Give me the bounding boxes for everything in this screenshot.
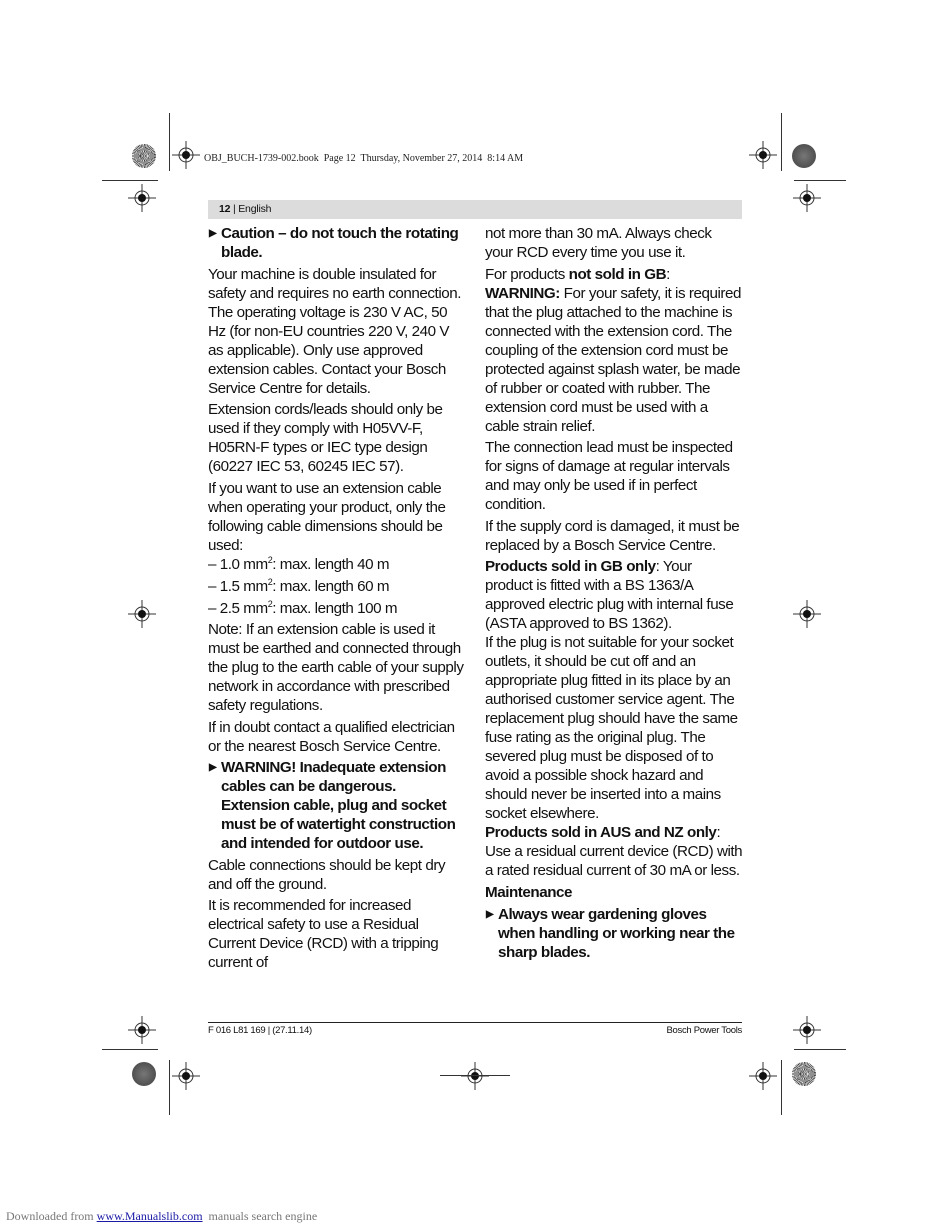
cable-list-item: – 2.5 mm2: max. length 100 m [208,599,466,618]
warning-gardening-gloves: ▶Always wear gardening gloves when handl… [485,905,743,962]
heading-maintenance: Maintenance [485,883,743,902]
paragraph-warning-plug: WARNING: For your safety, it is required… [485,284,743,436]
footer-divider [208,1022,742,1023]
text-column-right: not more than 30 mA. Always check your R… [485,224,743,964]
paragraph-extension-cords: Extension cords/leads should only be use… [208,400,466,476]
paragraph-earthing-note: Note: If an extension cable is used it m… [208,620,466,715]
registration-target-icon [172,1062,200,1090]
registration-disc-icon [132,1062,156,1086]
paragraph-not-sold-in-gb: For products not sold in GB: [485,265,743,284]
warning-rotating-blade: ▶Caution – do not touch the rotating bla… [208,224,466,262]
registration-disc-icon [792,144,816,168]
cable-list-item: – 1.0 mm2: max. length 40 m [208,555,466,574]
paragraph-if-in-doubt: If in doubt contact a qualified electric… [208,718,466,756]
registration-target-icon [461,1062,489,1090]
bullet-triangle-icon: ▶ [209,224,216,243]
registration-target-icon [128,184,156,212]
bullet-triangle-icon: ▶ [209,758,216,777]
paragraph-cable-dimensions: If you want to use an extension cable wh… [208,479,466,555]
footer-brand: Bosch Power Tools [666,1025,742,1036]
warning-extension-cables: ▶WARNING! Inadequate extension cables ca… [208,758,466,853]
print-slug-line: OBJ_BUCH-1739-002.book Page 12 Thursday,… [204,153,523,164]
cable-list-item: – 1.5 mm2: max. length 60 m [208,577,466,596]
paragraph-cable-connections: Cable connections should be kept dry and… [208,856,466,894]
registration-target-icon [749,1062,777,1090]
bullet-triangle-icon: ▶ [486,905,493,924]
registration-target-icon [128,600,156,628]
paragraph-supply-cord-damaged: If the supply cord is damaged, it must b… [485,517,743,555]
paragraph-sold-in-gb: Products sold in GB only: Your product i… [485,557,743,633]
crop-line [102,180,158,181]
download-note: Downloaded from www.Manualslib.com manua… [6,1209,317,1224]
page-number: 12 [219,203,230,215]
crop-line [794,1049,846,1050]
registration-target-icon [793,600,821,628]
crop-line [794,180,846,181]
text-column-left: ▶Caution – do not touch the rotating bla… [208,224,466,975]
paragraph-plug-replacement: If the plug is not suitable for your soc… [485,633,743,823]
registration-target-icon [793,184,821,212]
footer-document-number: F 016 L81 169 | (27.11.14) [208,1025,312,1036]
registration-target-icon [172,141,200,169]
registration-disc-icon [132,144,156,168]
registration-target-icon [128,1016,156,1044]
registration-target-icon [749,141,777,169]
paragraph-rcd-recommendation: It is recommended for increased electric… [208,896,466,972]
registration-target-icon [793,1016,821,1044]
page-header-bar: 12 | English [208,200,742,219]
paragraph-aus-nz: Products sold in AUS and NZ only:Use a r… [485,823,743,880]
header-language: English [238,203,271,215]
crop-line [781,1060,782,1115]
crop-line [781,113,782,171]
paragraph-double-insulated: Your machine is double insulated for saf… [208,265,466,398]
paragraph-connection-lead: The connection lead must be inspected fo… [485,438,743,514]
paragraph-rcd-check: not more than 30 mA. Always check your R… [485,224,743,262]
crop-line [169,1060,170,1115]
crop-line [440,1075,510,1076]
crop-line [102,1049,158,1050]
manualslib-link[interactable]: www.Manualslib.com [97,1209,203,1223]
page-header: 12 | English [219,203,271,215]
registration-disc-icon [792,1062,816,1086]
crop-line [169,113,170,171]
